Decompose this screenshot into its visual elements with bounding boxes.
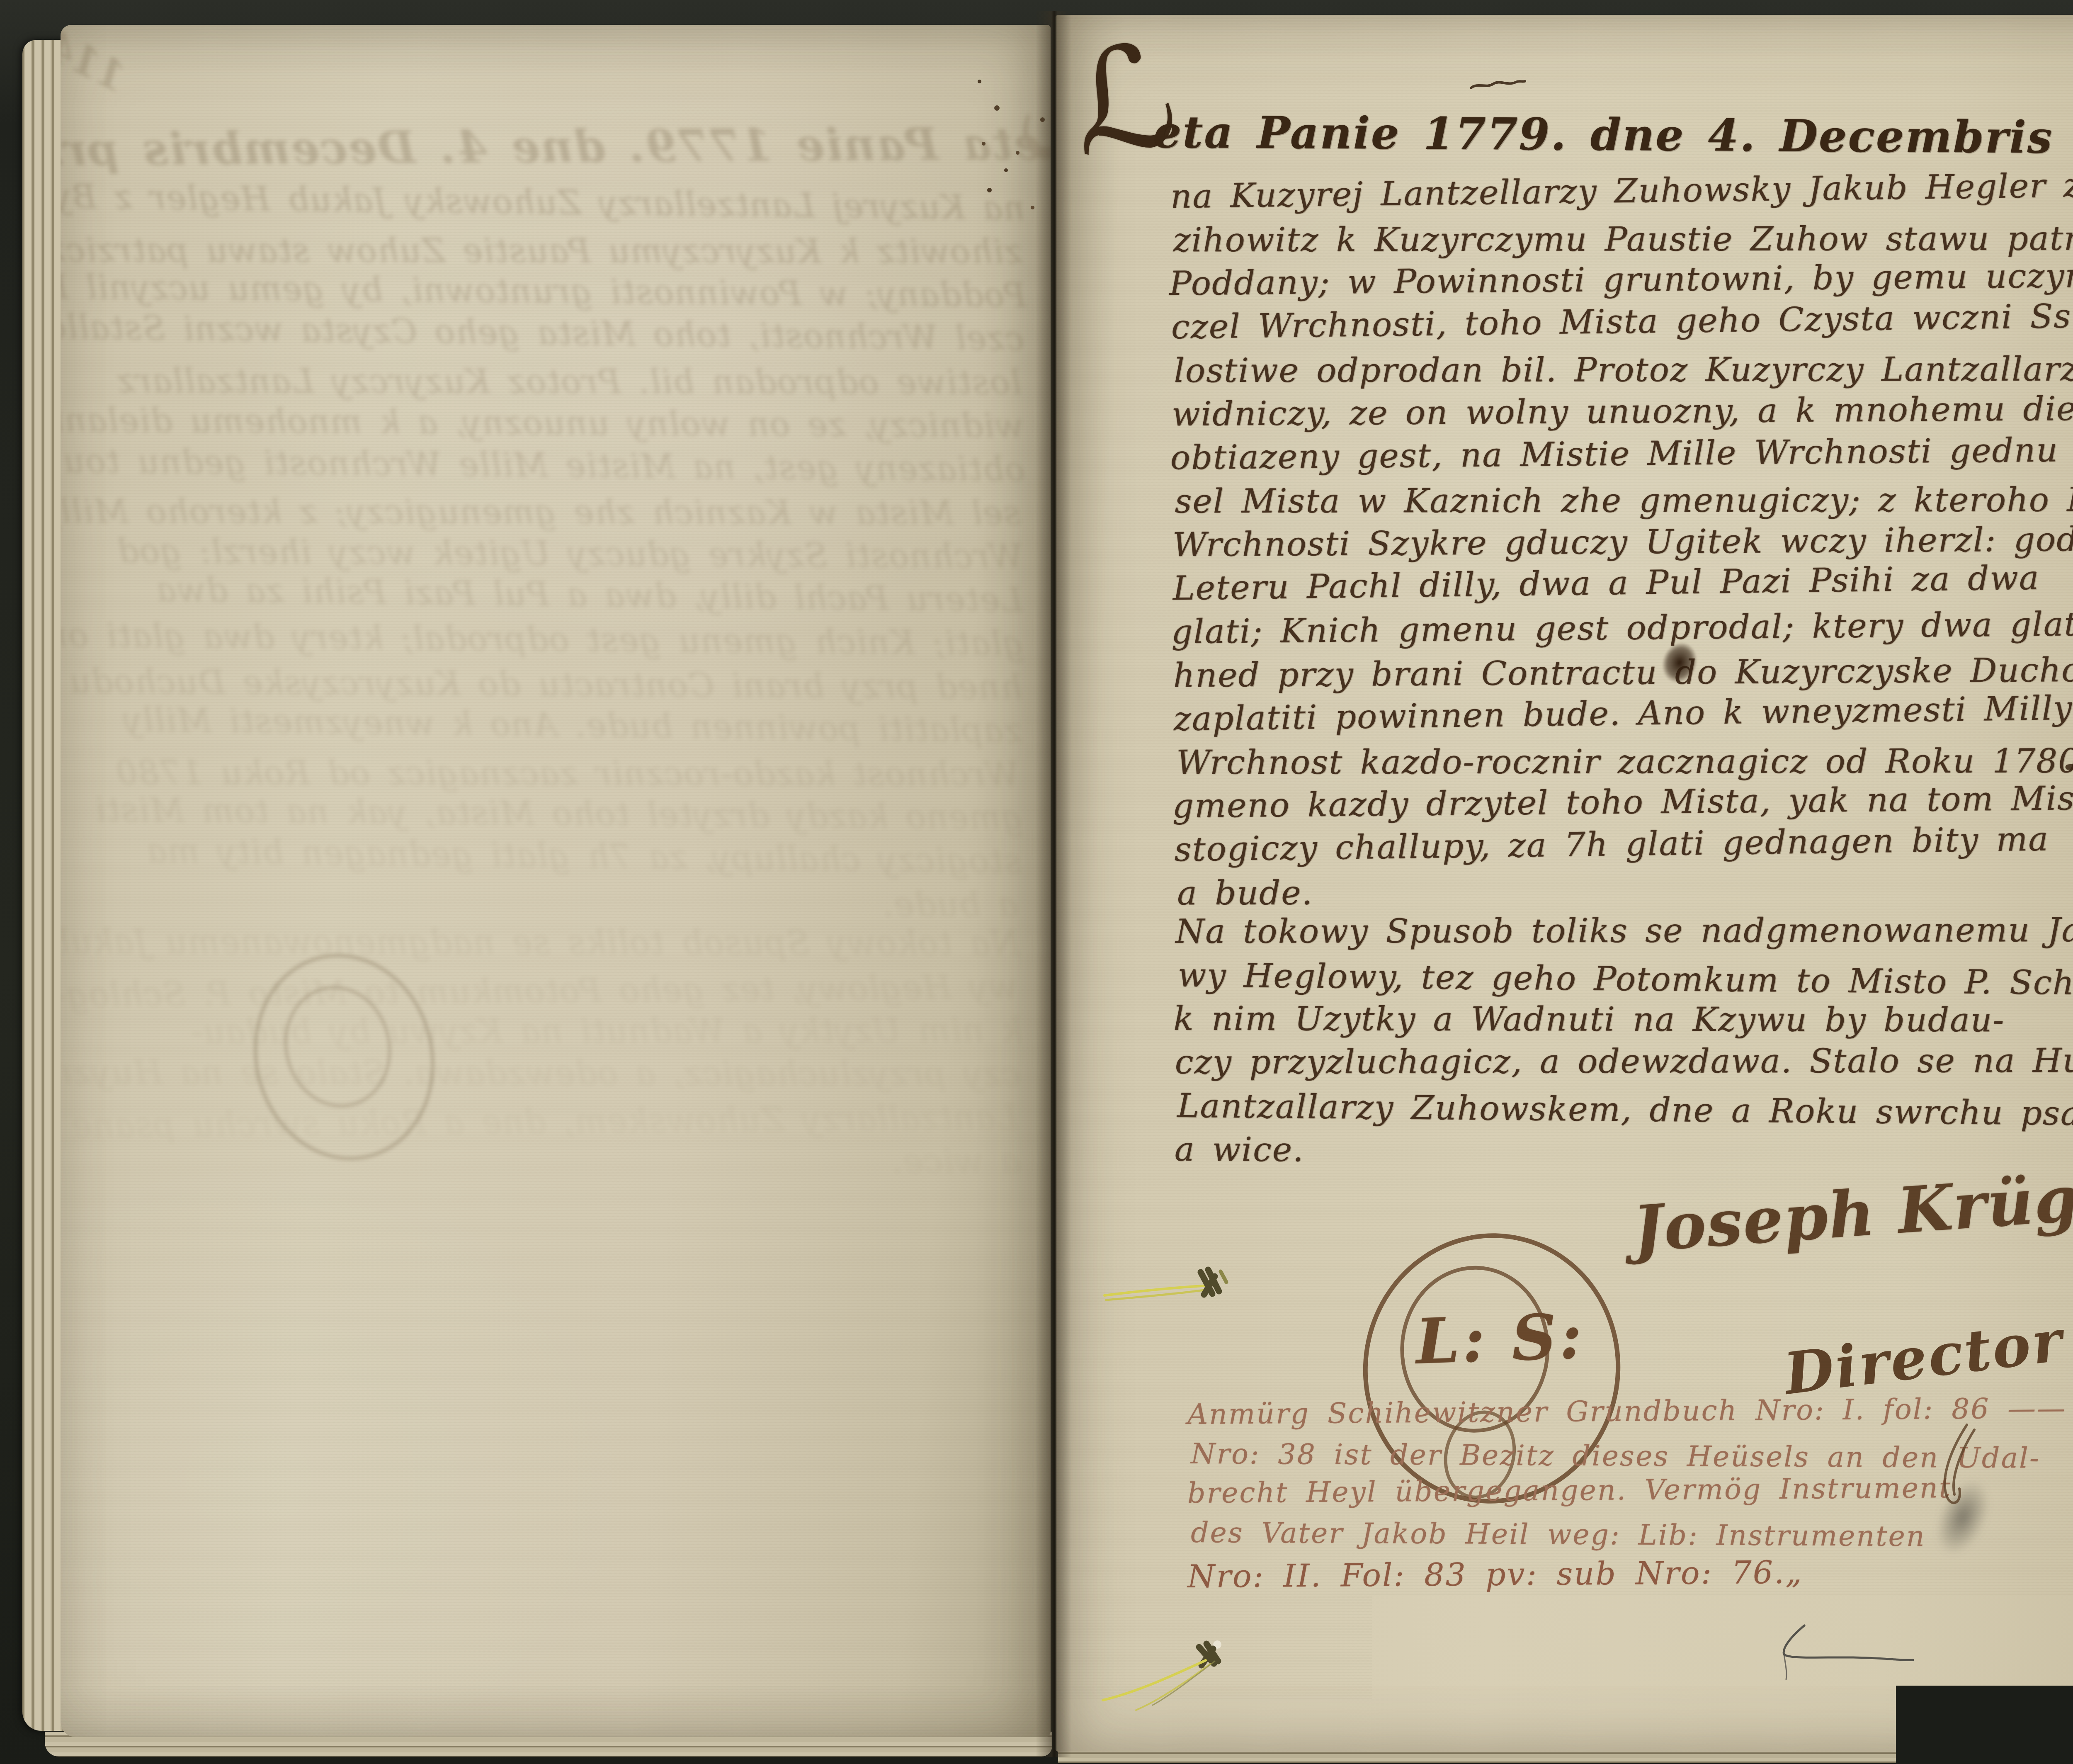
bleed-text-line: obtiazeny gest, na Mistie Mille Wrchnost… (61, 439, 1025, 491)
manuscript-line: a wice. (1175, 1127, 2073, 1175)
bleed-text-line: zaplatiti powinnen bude. Ano k wneyzmest… (61, 697, 1022, 752)
bleed-text-line: Poddany; w Powinnosti gruntowni, by gemu… (61, 265, 1026, 317)
manuscript-scan: 114. ℒ eta Panie 1779. dne 4. Decembris … (0, 0, 2073, 1764)
bleed-initial-letter: ℒ (1011, 34, 1051, 189)
bleed-text-line: na Kuzyrej Lantzellarzy Zuhowsky Jakub H… (61, 174, 1025, 230)
manuscript-line: widniczy, ze on wolny unuozny, a k mnohe… (1172, 386, 2073, 436)
entry-heading: eta Panie 1779. dne 4. Decembris przista… (1153, 110, 2073, 161)
annotation-line: Anmürg Schihewitzner Grundbuch Nro: I. f… (1187, 1388, 2073, 1434)
bleed-folio-number: 114. (61, 25, 132, 98)
manuscript-line: na Kuzyrej Lantzellarzy Zuhowsky Jakub H… (1170, 163, 2073, 218)
manuscript-line: glati; Knich gmenu gest odprodal; ktery … (1171, 601, 2073, 654)
manuscript-line: lostiwe odprodan bil. Protoz Kuzyrczy La… (1174, 347, 2073, 392)
entry-paragraph-2: Na tokowy Spusob toliks se nadgmenowanem… (1175, 910, 2073, 1175)
bleed-text-line: czel Wrchnosti, toho Mista geho Czysta w… (61, 305, 1024, 360)
bleed-paragraph-1: na Kuzyrej Lantzellarzy Zuhowsky Jakub H… (61, 180, 1025, 927)
ink-bleed-through: 114. ℒ eta Panie 1779. dne 4. Decembris … (61, 27, 1051, 1737)
entry-paragraph-1: na Kuzyrej Lantzellarzy Zuhowsky Jakub H… (1170, 169, 2073, 915)
manuscript-line: obtiazeny gest, na Mistie Mille Wrchnost… (1170, 427, 2073, 479)
seal-text: L: S: (1415, 1305, 1585, 1373)
ink-specks (978, 80, 981, 83)
bleed-text-line: Na tokowy Spusob toliks se nadgmenowanem… (61, 920, 1020, 965)
bleed-text-line: Wrchnosti Szykre gduczy Ugitek wczy iher… (61, 529, 1023, 578)
bleed-text-line: Leteru Pachl dilly, dwa a Pul Pazi Psihi… (61, 566, 1023, 622)
bleed-text-line: widniczy, ze on wolny unuozny, a k mnohe… (61, 398, 1024, 448)
bleed-text-line: sel Mista w Kaznich zhe gmenugiczy; z kt… (61, 489, 1021, 535)
bleed-text-line: stogiczy challupy, za 7h glati gednagen … (61, 827, 1021, 883)
bleed-text-line: gmeno kazdy drzytel toho Mista, yak na t… (61, 787, 1023, 839)
signature-name: Joseph Krügers (1631, 1159, 2073, 1261)
bleed-text-line: czy przyzluchagicz, a odewzdawa. Stalo s… (61, 1050, 1020, 1096)
entry-body: na Kuzyrej Lantzellarzy Zuhowsky Jakub H… (1172, 172, 2073, 1173)
seal-ghost-mark (232, 934, 456, 1180)
manuscript-line: Na tokowy Spusob toliks se nadgmenowanem… (1175, 908, 2073, 953)
paper-grain (61, 25, 1051, 1737)
bleed-text-line: glati; Knich gmenu gest odprodal; ktery … (61, 613, 1024, 665)
bleed-text-line: a wice. (61, 1139, 1021, 1187)
bleed-text-line: wy Heglowy, tez geho Potomkum to Misto P… (61, 965, 1018, 1017)
bleed-text-line: a bude. (61, 881, 1018, 926)
bleed-text-line: zihowitz k Kuzyrczymu Paustie Zuhow staw… (61, 228, 1022, 273)
left-page: 114. ℒ eta Panie 1779. dne 4. Decembris … (61, 25, 1051, 1737)
bleed-text-line: k nim Uzytky a Wadnuti na Kzywu by budau… (61, 1008, 1022, 1054)
folio-number: 114. (2063, 15, 2073, 86)
bleed-text-line: Wrchnost kazdo-rocznir zacznagicz od Rok… (61, 751, 1019, 796)
bleed-text-line: lostiwe odprodan bil. Protoz Kuzyrczy La… (61, 359, 1022, 404)
manuscript-line: sel Mista w Kaznich zhe gmenugiczy; z kt… (1175, 478, 2073, 523)
right-page: 114. ℒ eta Panie 1779. dne 4. Decembris … (1056, 15, 2073, 1752)
manuscript-line: k nim Uzytky a Wadnuti na Kzywu by budau… (1173, 997, 2073, 1042)
manuscript-line: czy przyzluchagicz, a odewzdawa. Stalo s… (1175, 1039, 2073, 1084)
manuscript-line: Lantzallarzy Zuhowskem, dne a Roku swrch… (1177, 1084, 2073, 1136)
bleed-text-line: Lantzallarzy Zuhowskem, dne a Roku swrch… (61, 1096, 1018, 1148)
bleed-text-line: hned przy brani Contractu do Kuzyrczyske… (61, 659, 1022, 709)
bleed-paragraph-2: Na tokowy Spusob toliks se nadgmenowanem… (61, 921, 1021, 1187)
bleed-heading: eta Panie 1779. dne 4. Decembris przista… (61, 121, 1042, 173)
bleed-body-text: na Kuzyrej Lantzellarzy Zuhowsky Jakub H… (61, 183, 1023, 1185)
